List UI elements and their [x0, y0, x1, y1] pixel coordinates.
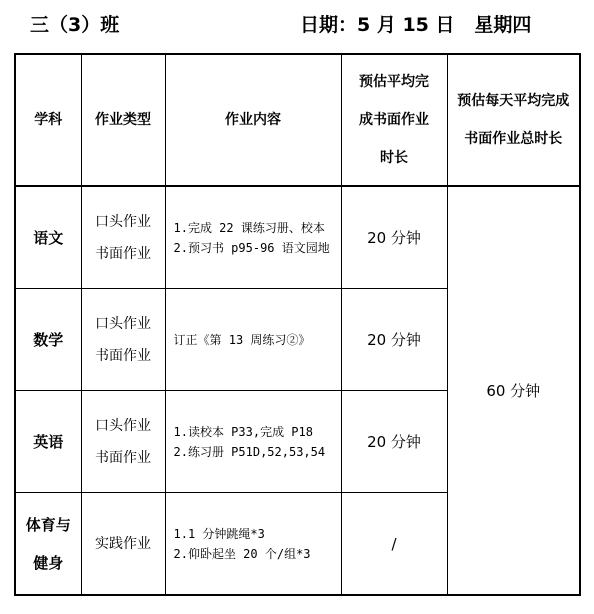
table-header-row: 学科 作业类型 作业内容 预估平均完 成书面作业 时长 预估每天平均完成 书面作…	[15, 54, 580, 186]
content-cell: 1.读校本 P33,完成 P18 2.练习册 P51D,52,53,54	[165, 391, 341, 493]
subject-cell: 数学	[15, 289, 81, 391]
type-cell: 实践作业	[81, 493, 165, 596]
duration-cell: 20 分钟	[341, 391, 447, 493]
header-total-duration: 预估每天平均完成 书面作业总时长	[447, 54, 580, 186]
content-cell: 订正《第 13 周练习②》	[165, 289, 341, 391]
header-subject: 学科	[15, 54, 81, 186]
content-cell: 1.完成 22 课练习册、校本 2.预习书 p95-96 语文园地	[165, 186, 341, 289]
duration-cell: 20 分钟	[341, 289, 447, 391]
homework-table: 学科 作业类型 作业内容 预估平均完 成书面作业 时长 预估每天平均完成 书面作…	[14, 53, 581, 596]
subject-cell: 体育与 健身	[15, 493, 81, 596]
duration-cell: 20 分钟	[341, 186, 447, 289]
type-cell: 口头作业 书面作业	[81, 391, 165, 493]
header-content: 作业内容	[165, 54, 341, 186]
class-title: 三（3）班	[30, 10, 119, 37]
total-duration-cell: 60 分钟	[447, 186, 580, 595]
date-line: 日期：5 月 15 日 星期四	[300, 10, 531, 37]
type-cell: 口头作业 书面作业	[81, 289, 165, 391]
table-row: 语文 口头作业 书面作业 1.完成 22 课练习册、校本 2.预习书 p95-9…	[15, 186, 580, 289]
content-cell: 1.1 分钟跳绳*3 2.仰卧起坐 20 个/组*3	[165, 493, 341, 596]
header-est-duration: 预估平均完 成书面作业 时长	[341, 54, 447, 186]
header-type: 作业类型	[81, 54, 165, 186]
type-cell: 口头作业 书面作业	[81, 186, 165, 289]
subject-cell: 语文	[15, 186, 81, 289]
subject-cell: 英语	[15, 391, 81, 493]
duration-cell: /	[341, 493, 447, 596]
